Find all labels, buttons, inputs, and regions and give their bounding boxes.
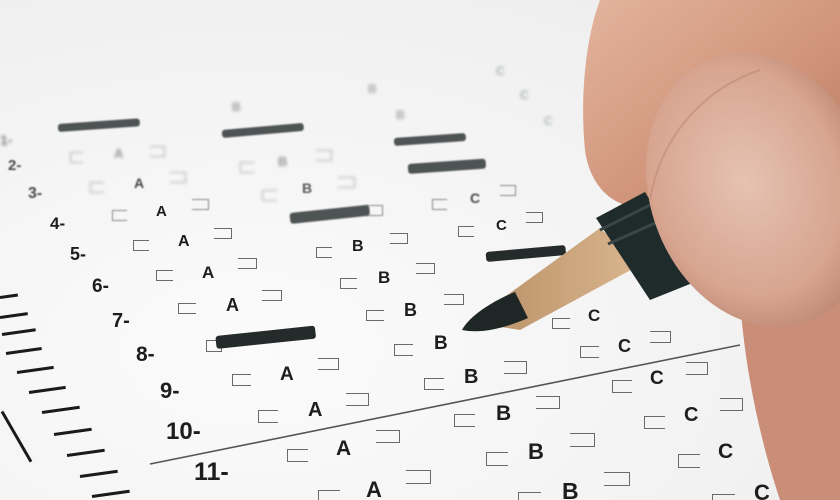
photo-scene: 1- 2- 3- 4- 5- 6- 7- 8- 9- 10- 11- A A A… bbox=[0, 0, 840, 500]
hand-with-pencil bbox=[0, 0, 840, 500]
